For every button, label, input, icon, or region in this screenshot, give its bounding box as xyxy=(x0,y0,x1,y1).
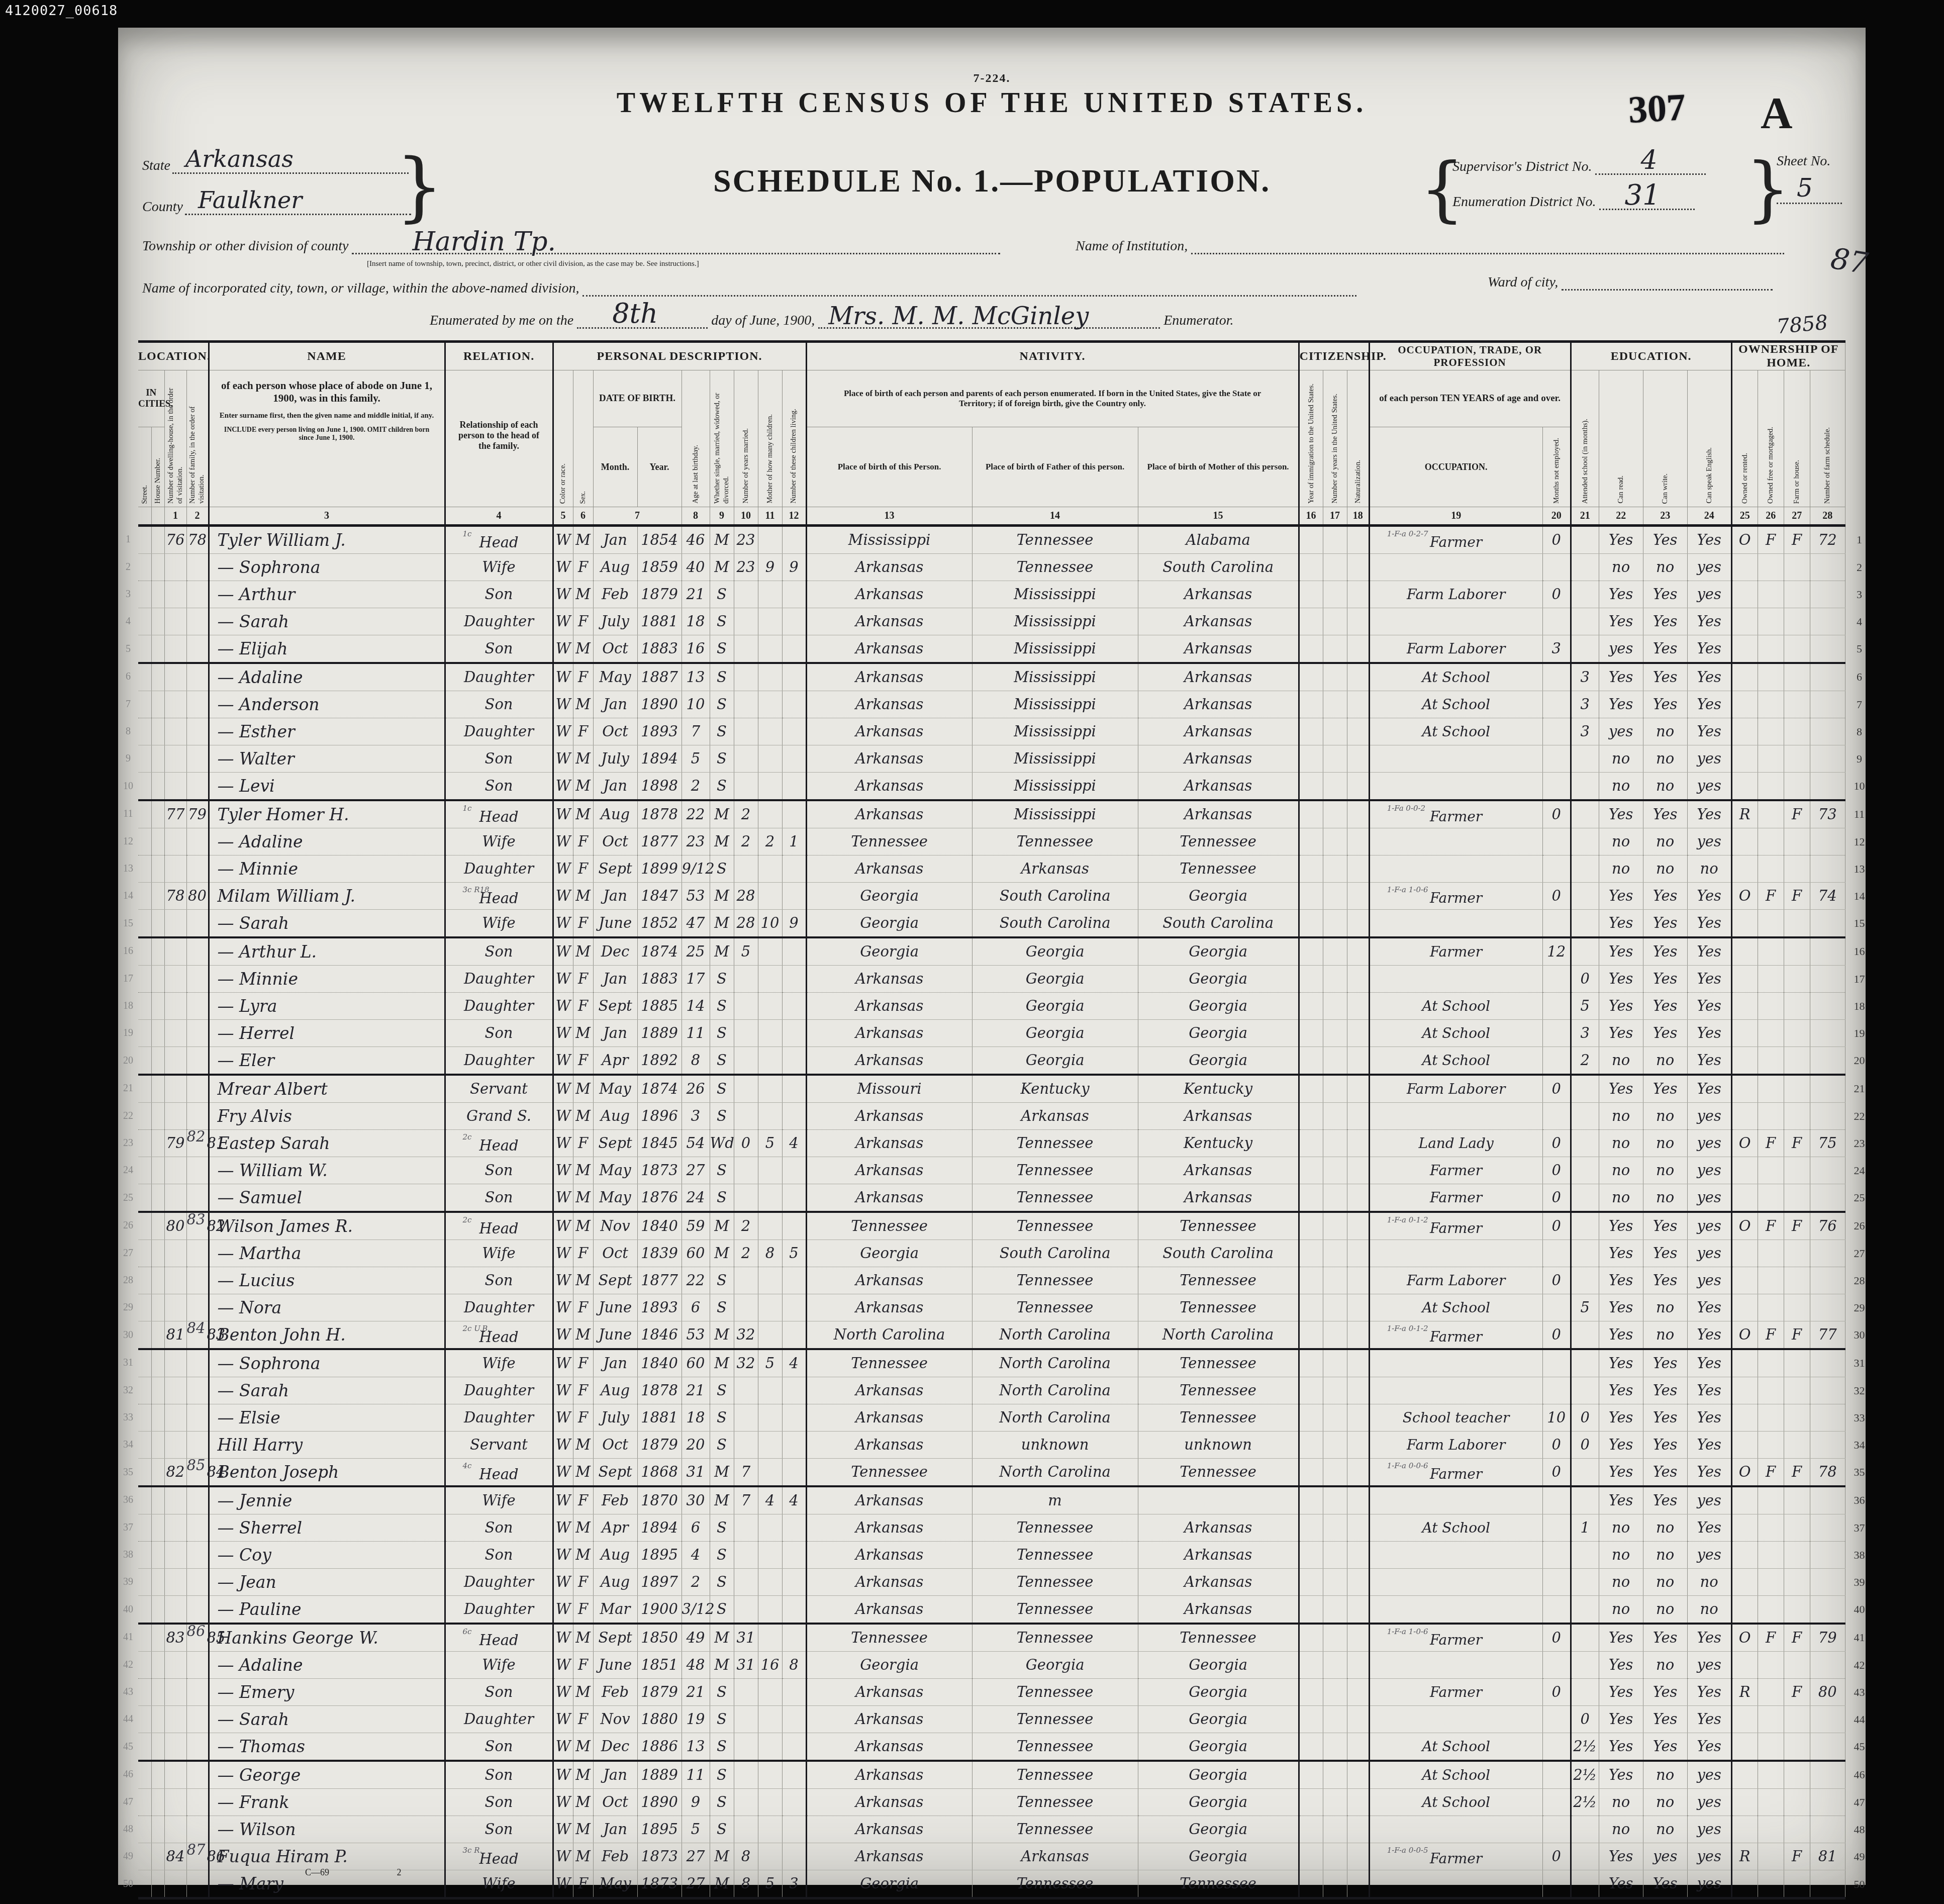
column-number-17: 17 xyxy=(1323,507,1347,526)
cell-owned-rented xyxy=(1731,1020,1758,1047)
cell-value: 1873 xyxy=(641,1162,678,1179)
cell-mother-of: 9 xyxy=(758,554,782,581)
cell-children-living xyxy=(782,1184,806,1212)
cell-years-in-us xyxy=(1323,828,1347,855)
cell-farm-schedule xyxy=(1810,993,1845,1020)
cell-value: Head xyxy=(479,1466,518,1483)
cell-years-in-us xyxy=(1323,1377,1347,1404)
cell-family: 80 xyxy=(186,883,209,910)
line-number-right: 5 xyxy=(1845,635,1873,663)
cell-age: 54 xyxy=(682,1130,710,1157)
cell-value: — Minnie xyxy=(218,859,298,879)
cell-value: Jan xyxy=(603,777,627,794)
cell-farm-house xyxy=(1784,773,1810,801)
line-number-left: 47 xyxy=(118,1789,138,1816)
cell-owned-rented xyxy=(1731,1789,1758,1816)
cell-family: 8382 xyxy=(186,1212,209,1240)
cell-value: 2½ xyxy=(1573,1793,1597,1811)
cell-dwelling xyxy=(164,1486,186,1514)
cell-years-in-us xyxy=(1323,1212,1347,1240)
cell-years-in-us xyxy=(1323,1075,1347,1103)
cell-months-not-employed xyxy=(1542,1514,1571,1542)
cell-value: 83 xyxy=(166,1629,185,1646)
cell-children-living xyxy=(782,1733,806,1761)
cell-marital: S xyxy=(710,966,734,993)
cell-value: 18 xyxy=(687,1409,705,1426)
cell-value: 1877 xyxy=(641,833,678,850)
cell-street xyxy=(138,1843,151,1870)
cell-years-married: 32 xyxy=(734,1349,758,1377)
cell-occupation: 1-F-a 0-0-5Farmer xyxy=(1369,1843,1542,1870)
cell-house xyxy=(151,1212,164,1240)
column-numbers-row: 1234567891011121314151617181920212223242… xyxy=(118,507,1873,526)
cell-attended-school: 0 xyxy=(1571,1706,1599,1733)
cell-dwelling xyxy=(164,1432,186,1459)
cell-value: Yes xyxy=(1653,943,1678,960)
cell-pob: Arkansas xyxy=(806,663,972,691)
cell-months-not-employed xyxy=(1542,1240,1571,1267)
cell-marital: S xyxy=(710,1789,734,1816)
cell-value: Georgia xyxy=(1189,997,1247,1014)
cell-value: Hankins George W. xyxy=(218,1628,378,1648)
cell-value: Arkansas xyxy=(855,970,923,987)
cell-months-not-employed: 0 xyxy=(1542,1157,1571,1184)
cell-occupation: Farmer xyxy=(1369,1184,1542,1212)
cell-value: Georgia xyxy=(1189,943,1247,960)
cell-free-mortgaged xyxy=(1758,1843,1784,1870)
line-number-right: 49 xyxy=(1845,1843,1873,1870)
cell-years-married xyxy=(734,1020,758,1047)
cell-value: 73 xyxy=(1818,806,1837,823)
family-number-correction: 85 xyxy=(187,1457,206,1474)
cell-sex: F xyxy=(573,1652,593,1679)
cell-value: 2 xyxy=(741,1245,750,1262)
cell-value: 14 xyxy=(687,997,705,1014)
cell-naturalization xyxy=(1347,1761,1369,1789)
cell-dwelling xyxy=(164,1294,186,1321)
line-number-right: 15 xyxy=(1845,910,1873,938)
cell-attended-school: 2½ xyxy=(1571,1733,1599,1761)
cell-children-living xyxy=(782,1075,806,1103)
cell-value: F xyxy=(1792,1134,1802,1152)
cell-value: yes xyxy=(1697,1793,1721,1811)
cell-owned-rented xyxy=(1731,993,1758,1020)
census-row: 3— ArthurSonWMFeb187921SArkansasMississi… xyxy=(118,581,1873,608)
cell-color: W xyxy=(553,1212,573,1240)
cell-children-living xyxy=(782,1294,806,1321)
cell-value: O xyxy=(1739,531,1751,548)
cell-occupation xyxy=(1369,1377,1542,1404)
cell-pob: Tennessee xyxy=(806,1212,972,1240)
cell-value: 47 xyxy=(687,914,705,931)
cell-street xyxy=(138,1130,151,1157)
group-occupation: OCCUPATION, TRADE, OR PROFESSION xyxy=(1369,342,1571,370)
cell-mother-of xyxy=(758,718,782,745)
cell-farm-schedule xyxy=(1810,1652,1845,1679)
cell-marital: M xyxy=(710,1240,734,1267)
cell-value: F xyxy=(1792,806,1802,823)
cell-children-living xyxy=(782,1459,806,1487)
cell-can-read: no xyxy=(1599,1789,1643,1816)
cell-pob-father: Arkansas xyxy=(972,855,1138,883)
cell-value: Farm Laborer xyxy=(1407,586,1505,603)
cell-value: M xyxy=(714,806,729,823)
cell-occupation: At School xyxy=(1369,1020,1542,1047)
cell-family xyxy=(186,1377,209,1404)
cell-mother-of xyxy=(758,1184,782,1212)
cell-owned-rented xyxy=(1731,581,1758,608)
cell-color: W xyxy=(553,828,573,855)
cell-pob-father: North Carolina xyxy=(972,1459,1138,1487)
census-row: 27— MarthaWifeWFOct183960M285GeorgiaSout… xyxy=(118,1240,1873,1267)
column-number-25: 25 xyxy=(1731,507,1758,526)
cell-color: W xyxy=(553,1432,573,1459)
cell-color: W xyxy=(553,1047,573,1075)
cell-value: Yes xyxy=(1609,1272,1633,1289)
cell-value: Tennessee xyxy=(851,1629,928,1646)
cell-can-speak-english: Yes xyxy=(1687,883,1731,910)
cell-children-living: 4 xyxy=(782,1349,806,1377)
cell-name: — Minnie xyxy=(209,855,445,883)
cell-age: 30 xyxy=(682,1486,710,1514)
cell-mother-of xyxy=(758,1321,782,1350)
cell-pob: Arkansas xyxy=(806,1789,972,1816)
cell-name: — Arthur L. xyxy=(209,937,445,966)
column-number-8: 8 xyxy=(682,507,710,526)
cell-value: Arkansas xyxy=(855,860,923,877)
cell-can-speak-english: Yes xyxy=(1687,1294,1731,1321)
cell-value: Tennessee xyxy=(1017,1134,1094,1152)
cell-can-speak-english: Yes xyxy=(1687,635,1731,663)
cell-value: Arkansas xyxy=(1184,1573,1252,1590)
cell-dwelling xyxy=(164,1404,186,1432)
cell-birth-year: 1899 xyxy=(637,855,682,883)
cell-house xyxy=(151,691,164,718)
cell-value: no xyxy=(1656,558,1674,576)
cell-value: 1895 xyxy=(641,1546,678,1563)
cell-value: Son xyxy=(485,1766,513,1783)
cell-owned-rented: O xyxy=(1731,1624,1758,1652)
cell-years-married: 32 xyxy=(734,1321,758,1350)
cell-house xyxy=(151,1321,164,1350)
cell-years-married xyxy=(734,745,758,773)
cell-value: S xyxy=(717,1793,727,1811)
cell-dwelling xyxy=(164,1075,186,1103)
cell-value: M xyxy=(575,1463,591,1480)
cell-value: Son xyxy=(485,777,513,794)
cell-naturalization xyxy=(1347,855,1369,883)
cell-owned-rented xyxy=(1731,1349,1758,1377)
cell-value: W xyxy=(556,558,571,576)
cell-owned-rented xyxy=(1731,1733,1758,1761)
cell-can-read: no xyxy=(1599,855,1643,883)
cell-age: 3/12 xyxy=(682,1596,710,1624)
cell-value: S xyxy=(717,1710,727,1728)
cell-pob-father: Mississippi xyxy=(972,773,1138,801)
cell-can-speak-english: Yes xyxy=(1687,1432,1731,1459)
cell-naturalization xyxy=(1347,635,1369,663)
cell-naturalization xyxy=(1347,1679,1369,1706)
cell-value: Daughter xyxy=(464,1299,534,1316)
cell-value: Servant xyxy=(470,1080,528,1097)
cell-marital: S xyxy=(710,663,734,691)
cell-farm-schedule xyxy=(1810,773,1845,801)
cell-value: M xyxy=(575,943,591,960)
cell-farm-house: F xyxy=(1784,526,1810,554)
cell-value: Dec xyxy=(601,943,630,960)
cell-sex: M xyxy=(573,581,593,608)
cell-value: no xyxy=(1656,1162,1674,1179)
cell-value: S xyxy=(717,970,727,987)
cell-sex: F xyxy=(573,993,593,1020)
cell-farm-schedule xyxy=(1810,1103,1845,1130)
cell-value: W xyxy=(556,1875,571,1892)
cell-birth-month: Oct xyxy=(593,828,637,855)
cell-age: 49 xyxy=(682,1624,710,1652)
cell-dwelling xyxy=(164,1870,186,1898)
cell-name: Eastep Sarah xyxy=(209,1130,445,1157)
cell-value: Yes xyxy=(1697,887,1721,904)
cell-street xyxy=(138,800,151,828)
cell-can-speak-english: Yes xyxy=(1687,1733,1731,1761)
cell-attended-school xyxy=(1571,800,1599,828)
cell-birth-year: 1883 xyxy=(637,966,682,993)
cell-free-mortgaged xyxy=(1758,1294,1784,1321)
cell-value: 5 xyxy=(789,1245,798,1262)
cell-birth-month: Dec xyxy=(593,937,637,966)
cell-immigration-year xyxy=(1299,1075,1323,1103)
cell-farm-schedule xyxy=(1810,1047,1845,1075)
cell-can-write: Yes xyxy=(1643,526,1687,554)
cell-value: W xyxy=(556,860,571,877)
cell-pob-father: Arkansas xyxy=(972,1103,1138,1130)
cell-naturalization xyxy=(1347,718,1369,745)
cell-years-in-us xyxy=(1323,1624,1347,1652)
cell-birth-year: 1859 xyxy=(637,554,682,581)
cell-value: At School xyxy=(1422,998,1490,1014)
cell-value: Aug xyxy=(601,1573,630,1590)
column-number-4: 4 xyxy=(445,507,553,526)
cell-house xyxy=(151,883,164,910)
census-row: 2— SophronaWifeWFAug185940M2399ArkansasT… xyxy=(118,554,1873,581)
cell-birth-month: Sept xyxy=(593,1459,637,1487)
cell-value: Georgia xyxy=(860,1245,919,1262)
cell-can-speak-english: Yes xyxy=(1687,1459,1731,1487)
cell-attended-school xyxy=(1571,1267,1599,1294)
census-row: 42— AdalineWifeWFJune185148M31168Georgia… xyxy=(118,1652,1873,1679)
cell-children-living xyxy=(782,608,806,635)
cell-family xyxy=(186,1404,209,1432)
cell-birth-year: 1839 xyxy=(637,1240,682,1267)
cell-free-mortgaged xyxy=(1758,1542,1784,1569)
cell-owned-rented: O xyxy=(1731,526,1758,554)
cell-value: W xyxy=(556,750,571,767)
cell-dwelling xyxy=(164,993,186,1020)
cell-value: yes xyxy=(1697,777,1721,794)
cell-owned-rented xyxy=(1731,855,1758,883)
cell-naturalization xyxy=(1347,1075,1369,1103)
cell-value: F xyxy=(578,1573,588,1590)
cell-value: Yes xyxy=(1653,1217,1678,1234)
cell-value: — Herrel xyxy=(218,1023,295,1043)
cell-children-living xyxy=(782,1212,806,1240)
census-row: 117779Tyler Homer H.1cHeadWMAug187822M2A… xyxy=(118,800,1873,828)
cell-marital: M xyxy=(710,937,734,966)
header-years-married: Number of years married. xyxy=(734,370,758,507)
cell-marital: S xyxy=(710,1514,734,1542)
cell-can-speak-english: yes xyxy=(1687,1789,1731,1816)
census-row: 35828584Benton Joseph4cHeadWMSept186831M… xyxy=(118,1459,1873,1487)
cell-value: — Nora xyxy=(218,1298,282,1317)
cell-years-married xyxy=(734,1047,758,1075)
cell-value: 0 xyxy=(1551,586,1561,603)
cell-value: Tyler Homer H. xyxy=(218,805,349,824)
cell-value: Dec xyxy=(601,1738,630,1755)
cell-mother-of xyxy=(758,800,782,828)
cell-color: W xyxy=(553,526,573,554)
cell-value: Georgia xyxy=(1189,1710,1247,1728)
line-number-left: 9 xyxy=(118,745,138,773)
cell-pob-father: Tennessee xyxy=(972,1624,1138,1652)
cell-can-write: Yes xyxy=(1643,1679,1687,1706)
cell-street xyxy=(138,1459,151,1487)
cell-value: 0 xyxy=(1580,970,1589,987)
cell-mother-of: 5 xyxy=(758,1130,782,1157)
cell-farm-schedule xyxy=(1810,608,1845,635)
cell-family xyxy=(186,966,209,993)
cell-street xyxy=(138,1789,151,1816)
cell-mother-of xyxy=(758,1404,782,1432)
cell-value: W xyxy=(556,531,571,548)
cell-age: 60 xyxy=(682,1240,710,1267)
cell-birth-year: 1898 xyxy=(637,773,682,801)
cell-farm-house xyxy=(1784,1816,1810,1843)
cell-value: — Martha xyxy=(218,1244,302,1263)
cell-mother-of xyxy=(758,1706,782,1733)
cell-years-married: 31 xyxy=(734,1624,758,1652)
cell-value: no xyxy=(1612,1052,1630,1069)
cell-years-in-us xyxy=(1323,1432,1347,1459)
cell-value: — Emery xyxy=(218,1682,295,1702)
cell-house xyxy=(151,800,164,828)
column-number-16: 16 xyxy=(1299,507,1323,526)
cell-farm-house xyxy=(1784,1514,1810,1542)
cell-color: W xyxy=(553,718,573,745)
cell-family xyxy=(186,1486,209,1514)
cell-years-in-us xyxy=(1323,635,1347,663)
header-dwelling-number: Number of dwelling-house, in the order o… xyxy=(164,370,186,507)
cell-value: 4 xyxy=(765,1492,774,1509)
cell-value: 78 xyxy=(166,887,185,904)
cell-years-in-us xyxy=(1323,855,1347,883)
cell-can-write: no xyxy=(1643,1157,1687,1184)
cell-months-not-employed: 0 xyxy=(1542,1321,1571,1350)
cell-value: Arkansas xyxy=(855,1162,923,1179)
cell-years-married xyxy=(734,663,758,691)
cell-value: F xyxy=(578,1656,588,1673)
cell-years-in-us xyxy=(1323,1870,1347,1898)
header-name-description: of each person whose place of abode on J… xyxy=(209,370,445,507)
cell-pob: Arkansas xyxy=(806,1596,972,1624)
cell-house xyxy=(151,1404,164,1432)
cell-occupation: Farm Laborer xyxy=(1369,1432,1542,1459)
cell-can-write: Yes xyxy=(1643,635,1687,663)
cell-value: Arkansas xyxy=(1184,696,1252,713)
cell-value: At School xyxy=(1422,1519,1490,1536)
cell-relation: 3c R18Head xyxy=(445,883,553,910)
cell-value: Arkansas xyxy=(1184,640,1252,657)
cell-marital: Wd xyxy=(710,1130,734,1157)
cell-attended-school xyxy=(1571,883,1599,910)
cell-value: Georgia xyxy=(1189,1821,1247,1838)
cell-value: W xyxy=(556,640,571,657)
cell-can-read: no xyxy=(1599,1816,1643,1843)
line-number-right: 18 xyxy=(1845,993,1873,1020)
cell-months-not-employed xyxy=(1542,608,1571,635)
cell-value: W xyxy=(556,1793,571,1811)
cell-pob-father: South Carolina xyxy=(972,1240,1138,1267)
cell-dwelling: 84 xyxy=(164,1843,186,1870)
cell-farm-house xyxy=(1784,745,1810,773)
cell-value: 1877 xyxy=(641,1272,678,1289)
cell-mother-of xyxy=(758,1514,782,1542)
cell-farm-house: F xyxy=(1784,800,1810,828)
cell-birth-month: Jan xyxy=(593,966,637,993)
cell-value: Son xyxy=(485,750,513,767)
cell-color: W xyxy=(553,1652,573,1679)
cell-value: Arkansas xyxy=(855,806,923,823)
cell-value: Mar xyxy=(600,1600,631,1617)
cell-pob-father: Mississippi xyxy=(972,608,1138,635)
cell-value: W xyxy=(556,1107,571,1124)
cell-value: 0 xyxy=(1551,1326,1561,1343)
cell-years-married xyxy=(734,1404,758,1432)
cell-can-speak-english: yes xyxy=(1687,554,1731,581)
column-number-27: 27 xyxy=(1784,507,1810,526)
cell-can-write: no xyxy=(1643,1569,1687,1596)
cell-value: Arkansas xyxy=(855,669,923,686)
cell-color: W xyxy=(553,663,573,691)
cell-years-in-us xyxy=(1323,1542,1347,1569)
cell-relation: Daughter xyxy=(445,1047,553,1075)
cell-value: 1 xyxy=(789,833,798,850)
cell-value: W xyxy=(556,1546,571,1563)
cell-street xyxy=(138,1652,151,1679)
cell-value: Mississippi xyxy=(1014,640,1096,657)
cell-value: 5 xyxy=(765,1875,774,1892)
cell-dwelling xyxy=(164,635,186,663)
cell-value: yes xyxy=(1697,558,1721,576)
cell-pob-father: South Carolina xyxy=(972,910,1138,938)
cell-value: W xyxy=(556,1821,571,1838)
cell-value: yes xyxy=(1609,640,1633,657)
cell-can-read: Yes xyxy=(1599,1843,1643,1870)
cell-dwelling xyxy=(164,1706,186,1733)
cell-birth-month: Aug xyxy=(593,800,637,828)
cell-name: — Sophrona xyxy=(209,554,445,581)
cell-immigration-year xyxy=(1299,1267,1323,1294)
cell-pob-mother: Georgia xyxy=(1138,1679,1299,1706)
enumerated-line: Enumerated by me on the 8th day of June,… xyxy=(430,307,1233,329)
cell-value: Son xyxy=(485,586,513,603)
line-number-left: 22 xyxy=(118,1103,138,1130)
cell-mother-of xyxy=(758,1542,782,1569)
cell-free-mortgaged xyxy=(1758,773,1784,801)
cell-sex: M xyxy=(573,800,593,828)
cell-naturalization xyxy=(1347,1294,1369,1321)
scan-corner-id: 4120027_00618 xyxy=(5,3,118,19)
cell-value: Son xyxy=(485,1189,513,1206)
